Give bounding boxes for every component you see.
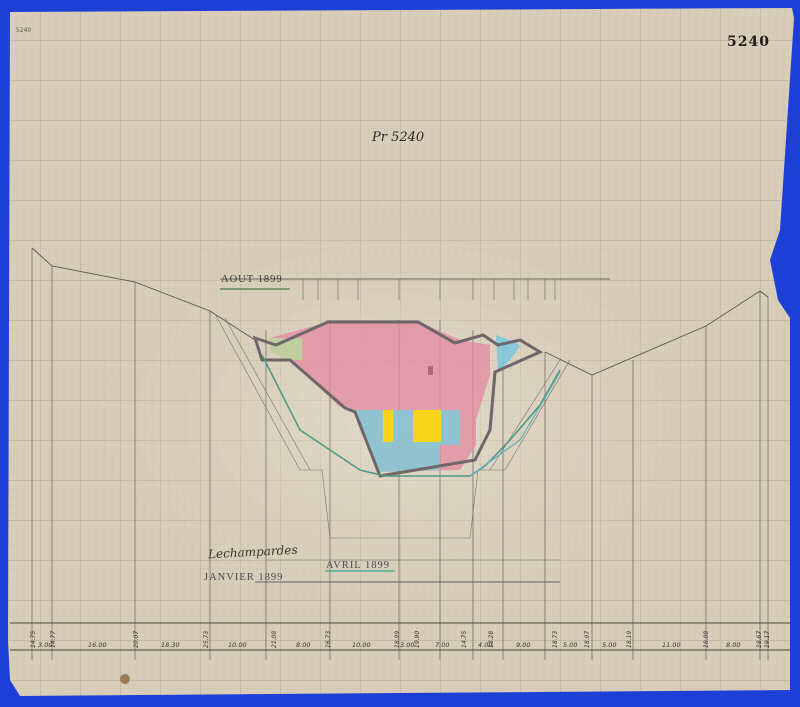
elevation-label: 18.19 [626,631,633,648]
distance-label: 3.00 [400,641,414,649]
distance-label: 10.00 [228,641,247,649]
elevation-label: 25.73 [203,631,210,648]
distance-label: 5.00 [602,641,616,649]
elevation-label: 18.28 [488,631,495,648]
elevation-label: 18.73 [552,631,559,648]
elevation-label: 20.07 [133,631,140,648]
elevation-label: 18.99 [394,631,401,648]
distance-label: 7.00 [435,641,449,649]
elevation-label: 21.08 [271,631,278,648]
survey-label-aout: AOUT 1899 [221,274,283,285]
elevation-label: 18.08 [703,631,710,648]
distance-label: 18.30 [161,641,180,649]
distance-label: 5.00 [563,641,577,649]
elevation-label: 14.75 [461,631,468,648]
distance-label: 8.00 [296,641,310,649]
elevation-label: 19.17 [764,631,771,648]
distance-label: 10.00 [352,641,371,649]
elevation-label: 18.97 [584,631,591,648]
profile-title: Pr 5240 [372,130,424,145]
elevation-label: 14.75 [30,631,37,648]
cross-section-drawing [0,0,800,707]
elevation-label: 14.77 [50,631,57,648]
distance-label: 8.00 [726,641,740,649]
elevation-label: 16.73 [325,631,332,648]
distance-label: 11.00 [662,641,681,649]
sheet-number: 5240 [727,34,770,50]
survey-label-janvier: JANVIER 1899 [204,572,283,583]
corner-mark: 5240 [16,27,31,34]
elevation-label: 19.90 [414,631,421,648]
survey-label-avril: AVRIL 1899 [326,560,390,571]
elevation-label: 18.67 [756,631,763,648]
drawing-sheet: 5240 Pr 5240 5240 AOUT 1899 AVRIL 1899 J… [0,0,800,707]
distance-label: 16.00 [88,641,107,649]
distance-label: 9.00 [516,641,530,649]
